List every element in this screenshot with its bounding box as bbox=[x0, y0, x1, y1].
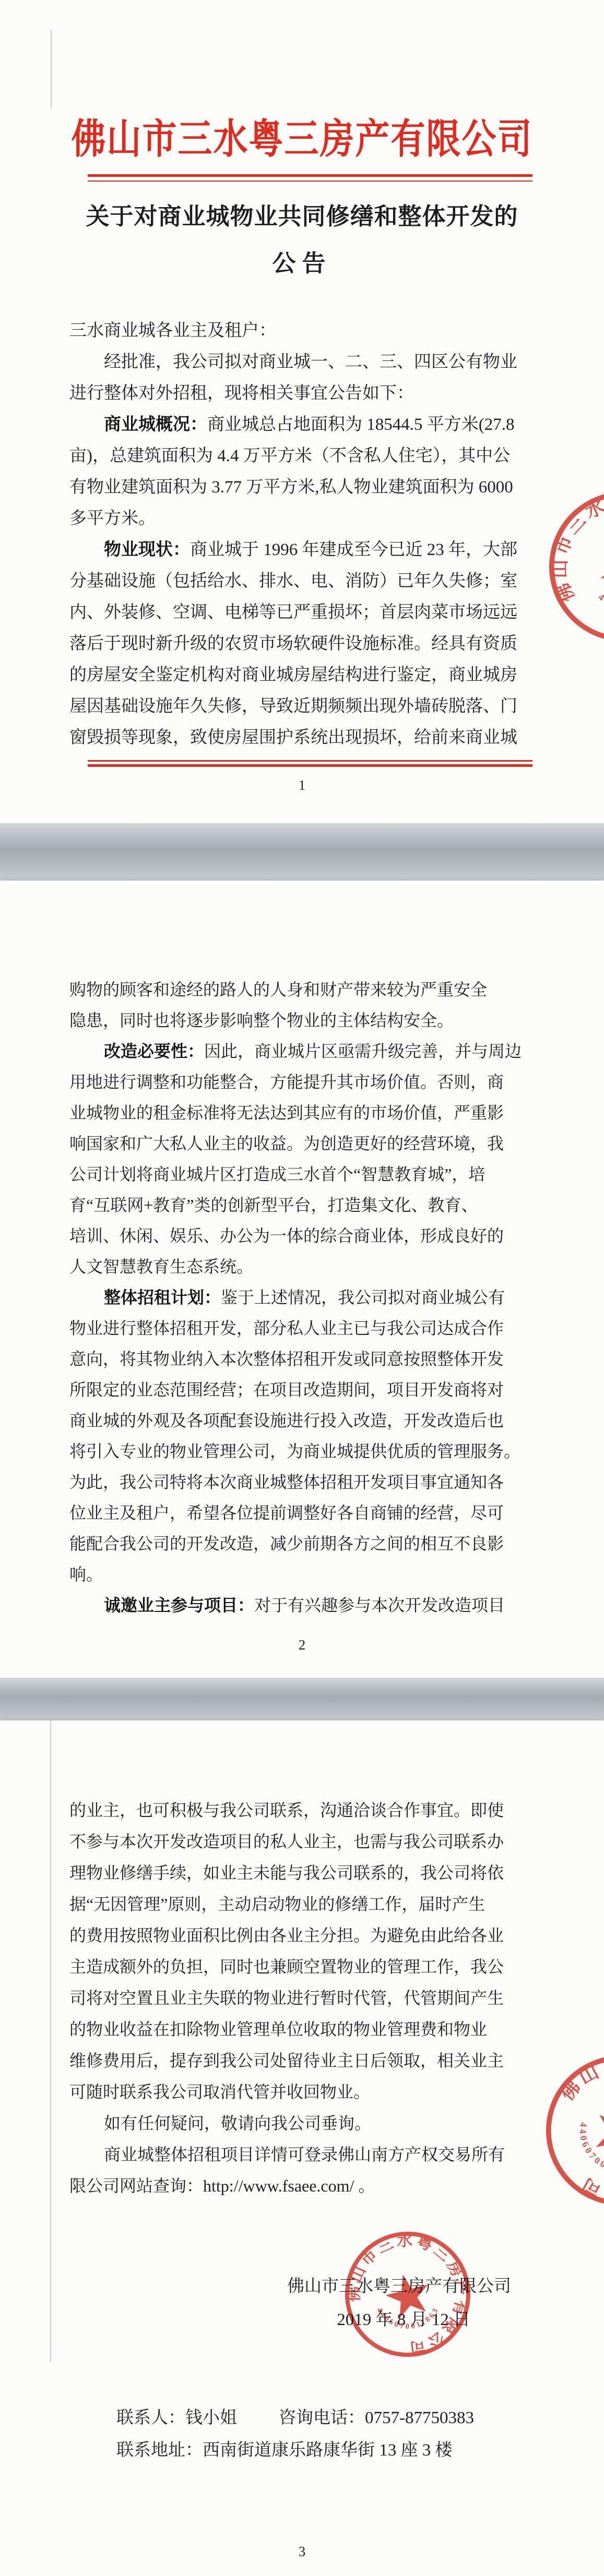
text-line: 限公司网站查询：http://www.fsaee.com/ 。 bbox=[69, 2170, 539, 2201]
text-line: 为此，我公司特将本次商业城整体招租开发项目事宜通知各 bbox=[69, 1467, 539, 1498]
seal-star-icon bbox=[589, 531, 604, 603]
text-line: 整体招租计划：鉴于上述情况，我公司拟对商业城公有 bbox=[69, 1282, 539, 1313]
text-line: 购物的顾客和途经的路人的人身和财产带来较为严重安全 bbox=[69, 974, 539, 1005]
text-line: 物业进行整体招租开发，部分私人业主已与我公司达成合作 bbox=[69, 1313, 539, 1344]
text-line: 的物业收益在扣除物业管理单位收取的物业管理费和物业 bbox=[69, 2014, 539, 2045]
letterhead-rule-thin bbox=[88, 180, 532, 182]
footer-rule-thick bbox=[88, 764, 532, 767]
text-line: 窗毁损等现象，致使房屋围护系统出现损坏，给前来商业城 bbox=[69, 722, 539, 753]
page1-body-text: 三水商业城各业主及租户：经批准，我公司拟对商业城一、二、三、四区公有物业进行整体… bbox=[69, 315, 539, 753]
text-line: 理物业修缮手续，如业主未能与我公司联系的，我公司将依 bbox=[69, 1857, 539, 1888]
letterhead-rule-thick bbox=[88, 174, 532, 177]
document-title-line1: 关于对商业城物业共同修缮和整体开发的 bbox=[0, 197, 604, 231]
text-line: 亩)，总建筑面积为 4.4 万平方米（不含私人住宅），其中公 bbox=[69, 440, 539, 472]
text-line: 维修费用后，提存到我公司处留待业主日后领取，相关业主 bbox=[69, 2045, 539, 2076]
seal-star-icon bbox=[382, 2269, 434, 2320]
page-gap bbox=[0, 1678, 604, 1720]
text-line: 司将对空置且业主失联的物业进行暂时代管，代管期间产生 bbox=[69, 1982, 539, 2014]
contact-phone: 咨询电话：0757-87750383 bbox=[279, 2404, 474, 2428]
text-line: 位业主及租户，希望各位提前调整好各自商铺的经营，尽可 bbox=[69, 1498, 539, 1528]
text-line: 商业城概况：商业城总占地面积为 18544.5 平方米(27.8 bbox=[69, 409, 539, 440]
text-line: 响国家和广大私人业主的收益。为创造更好的经营环境，我 bbox=[69, 1128, 539, 1159]
text-line: 主造成额外的负担，同时也兼顾空置物业的管理工作，我公 bbox=[69, 1951, 539, 1982]
page-number: 2 bbox=[0, 1637, 604, 1653]
text-line: 内、外装修、空调、电梯等已严重损坏；首层肉菜市场远远 bbox=[69, 597, 539, 628]
company-letterhead-title: 佛山市三水粤三房产有限公司 bbox=[0, 106, 604, 164]
document-page-1: 佛山市三水粤三房产有限公司 关于对商业城物业共同修缮和整体开发的 公告 三水商业… bbox=[0, 0, 604, 823]
text-line: 分基础设施（包括给水、排水、电、消防）已年久失修；室 bbox=[69, 565, 539, 597]
text-line: 屋因基础设施年久失修，导致近期频频出现外墙砖脱落、门 bbox=[69, 691, 539, 722]
text-line: 商业城整体招租项目详情可登录佛山南方产权交易所有 bbox=[69, 2139, 539, 2170]
text-line: 落后于现时新升级的农贸市场软硬件设施标准。经具有资质 bbox=[69, 628, 539, 659]
text-line: 物业现状：商业城于 1996 年建成至今已近 23 年，大部 bbox=[69, 534, 539, 565]
svg-text:4406070011863: 4406070011863 bbox=[595, 550, 604, 627]
text-line: 有物业建筑面积为 3.77 万平方米,私人物业建筑面积为 6000 bbox=[69, 472, 539, 503]
text-line: 进行整体对外招租，现将相关事宜公告如下： bbox=[69, 378, 539, 409]
text-line: 能配合我公司的开发改造，减少前期各方之间的相互不良影 bbox=[69, 1528, 539, 1559]
scan-artifact-line bbox=[50, 1720, 51, 2362]
page2-body-text: 购物的顾客和途经的路人的人身和财产带来较为严重安全隐患，同时也将逐步影响整个物业… bbox=[69, 974, 539, 1621]
footer-rule-thin bbox=[88, 760, 532, 762]
company-seal: 佛山市三水粤三房产有限公司 4406070011863 bbox=[328, 2215, 487, 2373]
text-line: 意向，将其物业纳入本次整体招租开发或同意按照整体开发 bbox=[69, 1344, 539, 1375]
text-line: 用地进行调整和功能整合，方能提升其市场价值。否则，商 bbox=[69, 1067, 539, 1098]
text-line: 育“互联网+教育”类的创新型平台，打造集文化、教育、 bbox=[69, 1190, 539, 1221]
text-line: 响。 bbox=[69, 1559, 539, 1590]
contact-address: 联系地址：西南街道康乐路康华街 13 座 3 楼 bbox=[116, 2436, 453, 2461]
page-gap bbox=[0, 823, 604, 881]
svg-text:4406070011863: 4406070011863 bbox=[565, 2119, 604, 2184]
text-line: 经批准，我公司拟对商业城一、二、三、四区公有物业 bbox=[69, 346, 539, 378]
contact-person: 联系人：钱小姐 bbox=[116, 2404, 237, 2428]
text-line: 的费用按照物业面积比例由各业主分担。为避免由此给各业 bbox=[69, 1920, 539, 1951]
text-line: 人文智慧教育生态系统。 bbox=[69, 1251, 539, 1282]
text-line: 培训、休闲、娱乐、办公为一体的综合商业体，形成良好的 bbox=[69, 1221, 539, 1251]
document-page-3: 的业主，也可积极与我公司联系，沟通洽谈合作事宜。即使不参与本次开发改造项目的私人… bbox=[0, 1720, 604, 2576]
text-line: 据“无因管理”原则，主动启动物业的修缮工作，届时产生 bbox=[69, 1888, 539, 1920]
page3-body-text: 的业主，也可积极与我公司联系，沟通洽谈合作事宜。即使不参与本次开发改造项目的私人… bbox=[69, 1795, 539, 2201]
text-line: 商业城的外观及各项配套设施进行投入改造，开发改造后也 bbox=[69, 1405, 539, 1436]
text-line: 的房屋安全鉴定机构对商业城房屋结构进行鉴定，商业城房 bbox=[69, 659, 539, 691]
scan-artifact-line bbox=[51, 30, 52, 109]
text-line: 隐患，同时也将逐步影响整个物业的主体结构安全。 bbox=[69, 1005, 539, 1036]
document-title-line2: 公告 bbox=[0, 244, 604, 278]
text-line: 将引入专业的物业管理公司，为商业城提供优质的管理服务。 bbox=[69, 1436, 539, 1467]
seal-code-text: 4406070011863 bbox=[565, 2119, 604, 2184]
text-line: 业城物业的租金标准将无法达到其应有的市场价值，严重影 bbox=[69, 1098, 539, 1128]
text-line: 诚邀业主参与项目：对于有兴趣参与本次开发改造项目 bbox=[69, 1590, 539, 1621]
page-number: 1 bbox=[0, 777, 604, 793]
seal-code-text: 4406070011863 bbox=[595, 550, 604, 627]
text-line: 不参与本次开发改造项目的私人业主，也需与我公司联系办 bbox=[69, 1826, 539, 1857]
contact-row: 联系人：钱小姐 咨询电话：0757-87750383 bbox=[116, 2404, 474, 2428]
text-line: 如有任何疑问，敬请向我公司垂询。 bbox=[69, 2108, 539, 2139]
text-line: 公司计划将商业城片区打造成三水首个“智慧教育城”，培 bbox=[69, 1159, 539, 1190]
text-line: 改造必要性：因此，商业城片区亟需升级完善，并与周边 bbox=[69, 1036, 539, 1067]
text-line: 多平方米。 bbox=[69, 503, 539, 534]
text-line: 可随时联系我公司取消代管并收回物业。 bbox=[69, 2076, 539, 2108]
page-number: 3 bbox=[0, 2544, 604, 2560]
scanned-announcement-document: { "document": { "accent_red": "#df2b1e",… bbox=[0, 0, 604, 2576]
text-line: 的业主，也可积极与我公司联系，沟通洽谈合作事宜。即使 bbox=[69, 1795, 539, 1826]
document-page-2: 购物的顾客和途经的路人的人身和财产带来较为严重安全隐患，同时也将逐步影响整个物业… bbox=[0, 881, 604, 1678]
text-line: 三水商业城各业主及租户： bbox=[69, 315, 539, 346]
text-line: 所限定的业态范围经营；在项目改造期间，项目开发商将对 bbox=[69, 1375, 539, 1405]
